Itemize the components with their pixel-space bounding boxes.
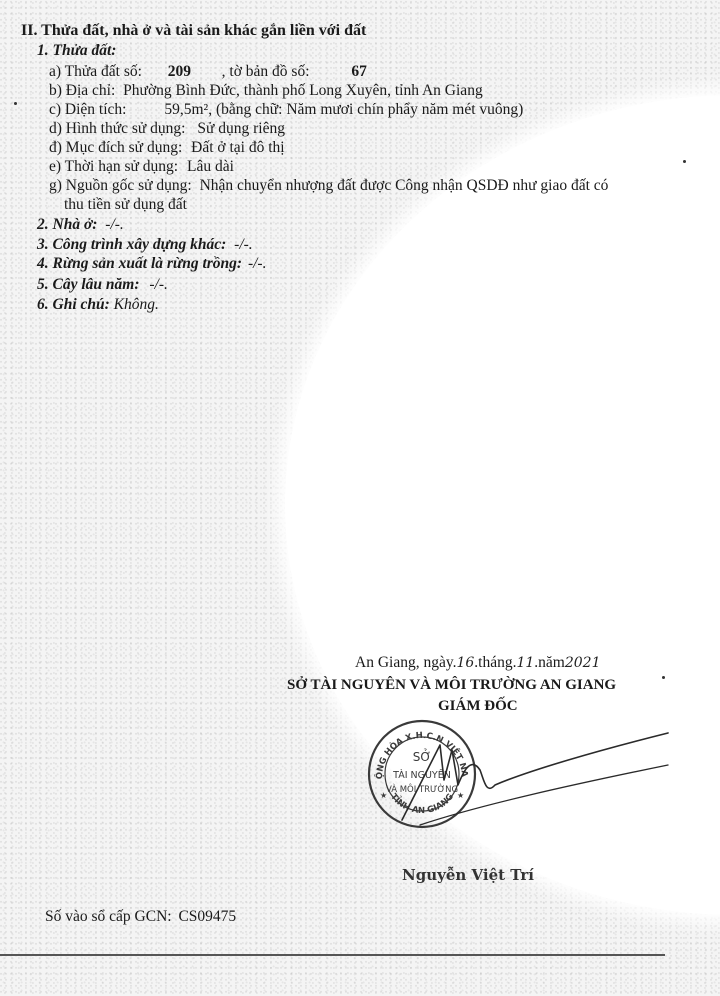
registry-value: CS09475	[178, 908, 236, 925]
speck	[662, 676, 665, 679]
item-other-construction: 3. Công trình xây dựng khác: -/-.	[37, 236, 253, 254]
month-label: tháng	[478, 654, 512, 671]
address-value: Phường Bình Đức, thành phố Long Xuyên, t…	[123, 82, 483, 99]
origin-label: g) Nguồn gốc sử dụng:	[49, 177, 192, 194]
parcel-number: 209	[168, 63, 218, 81]
item-value: -/-.	[234, 236, 253, 253]
purpose-label: đ) Mục đích sử dụng:	[49, 139, 182, 156]
svg-text:★: ★	[380, 791, 387, 800]
registry-number: Số vào sổ cấp GCN: CS09475	[45, 908, 236, 926]
signer-name: Nguyễn Việt Trí	[402, 866, 534, 884]
purpose-value: Đất ở tại đô thị	[191, 139, 284, 156]
land-heading: 1. Thửa đất:	[37, 42, 116, 60]
area-label: c) Diện tích:	[49, 101, 126, 118]
item-house: 2. Nhà ở: -/-.	[37, 216, 124, 234]
item-perennial-trees: 5. Cây lâu năm: -/-.	[37, 276, 168, 294]
place-date: An Giang, ngày.16.tháng.11.năm2021	[355, 654, 601, 672]
origin-value: Nhận chuyển nhượng đất được Công nhận QS…	[200, 177, 609, 194]
map-number: 67	[351, 63, 367, 80]
area-value: 59,5m², (bằng chữ: Năm mươi chín phẩy nă…	[164, 101, 523, 118]
item-label: 4. Rừng sản xuất là rừng trồng:	[37, 255, 242, 272]
date-year: 2021	[565, 655, 601, 671]
area-row: c) Diện tích: 59,5m², (bằng chữ: Năm mươ…	[49, 101, 523, 119]
term-row: e) Thời hạn sử dụng: Lâu dài	[49, 158, 234, 176]
place-label: An Giang, ngày	[355, 654, 453, 671]
date-month: 11	[516, 655, 534, 671]
usage-form-label: d) Hình thức sử dụng:	[49, 120, 186, 137]
origin-value-continued: thu tiền sử dụng đất	[64, 196, 187, 214]
item-label: 6. Ghi chú:	[37, 296, 110, 313]
address-label: b) Địa chỉ:	[49, 82, 115, 99]
section-title: II. Thửa đất, nhà ở và tài sản khác gắn …	[21, 22, 366, 40]
purpose-row: đ) Mục đích sử dụng: Đất ở tại đô thị	[49, 139, 285, 157]
item-value: -/-.	[149, 276, 168, 293]
year-label: năm	[538, 654, 565, 671]
term-value: Lâu dài	[187, 158, 234, 175]
usage-form-row: d) Hình thức sử dụng: Sử dụng riêng	[49, 120, 285, 138]
registry-label: Số vào sổ cấp GCN:	[45, 908, 172, 925]
bottom-divider	[0, 954, 665, 956]
item-value: -/-.	[105, 216, 124, 233]
speck	[14, 102, 17, 105]
date-day: 16	[456, 655, 474, 671]
parcel-label: a) Thửa đất số:	[49, 63, 142, 80]
item-value: -/-.	[248, 255, 267, 272]
speck	[683, 160, 686, 163]
signature-icon	[400, 725, 670, 835]
usage-form-value: Sử dụng riêng	[197, 120, 285, 137]
term-label: e) Thời hạn sử dụng:	[49, 158, 178, 175]
item-label: 2. Nhà ở:	[37, 216, 97, 233]
item-label: 5. Cây lâu năm:	[37, 276, 139, 293]
origin-row: g) Nguồn gốc sử dụng: Nhận chuyển nhượng…	[49, 177, 608, 195]
certificate-page: II. Thửa đất, nhà ở và tài sản khác gắn …	[0, 0, 720, 996]
signer-position: GIÁM ĐỐC	[438, 697, 518, 715]
item-planted-forest: 4. Rừng sản xuất là rừng trồng: -/-.	[37, 255, 266, 273]
issuing-department: SỞ TÀI NGUYÊN VÀ MÔI TRƯỜNG AN GIANG	[287, 676, 616, 694]
item-label: 3. Công trình xây dựng khác:	[37, 236, 226, 253]
map-label: , tờ bản đồ số:	[222, 63, 310, 80]
item-notes: 6. Ghi chú: Không.	[37, 296, 159, 314]
parcel-row: a) Thửa đất số: 209 , tờ bản đồ số: 67	[49, 63, 367, 81]
address-row: b) Địa chỉ: Phường Bình Đức, thành phố L…	[49, 82, 483, 100]
item-value: Không.	[114, 296, 159, 313]
